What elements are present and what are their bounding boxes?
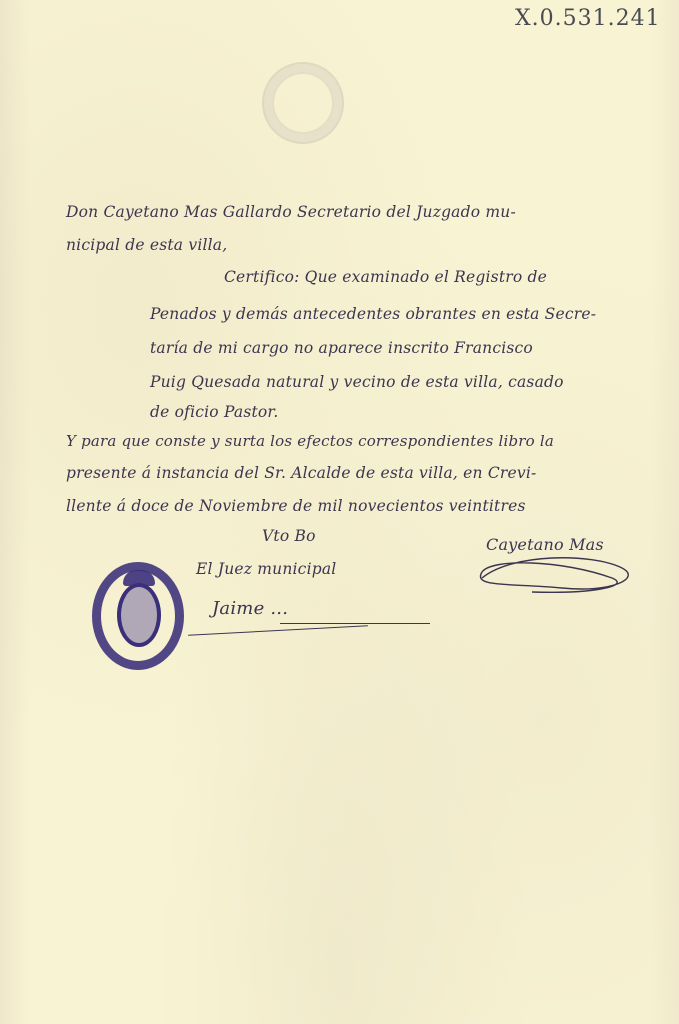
serial-number: X.0.531.241	[515, 6, 661, 31]
body-line-5: taría de mi cargo no aparece inscrito Fr…	[150, 339, 533, 357]
signature-flourish-icon	[472, 548, 642, 596]
embossed-seal-icon	[262, 62, 344, 144]
judge-signature: Jaime ...	[212, 598, 288, 619]
body-line-7: de oficio Pastor.	[150, 403, 278, 421]
visto-bueno: Vto Bo	[262, 527, 316, 545]
body-line-2: nicipal de esta villa,	[66, 236, 227, 254]
body-line-9: presente á instancia del Sr. Alcalde de …	[66, 464, 536, 482]
judge-title: El Juez municipal	[196, 560, 336, 578]
body-line-3: Certifico: Que examinado el Registro de	[224, 268, 547, 286]
body-line-6: Puig Quesada natural y vecino de esta vi…	[150, 373, 564, 391]
body-line-4: Penados y demás antecedentes obrantes en…	[150, 305, 596, 323]
body-line-1: Don Cayetano Mas Gallardo Secretario del…	[66, 203, 516, 221]
shield-icon	[117, 583, 161, 647]
body-line-8: Y para que conste y surta los efectos co…	[66, 432, 554, 450]
judge-signature-stroke	[280, 623, 430, 624]
body-line-10: llente á doce de Noviembre de mil noveci…	[66, 497, 526, 515]
